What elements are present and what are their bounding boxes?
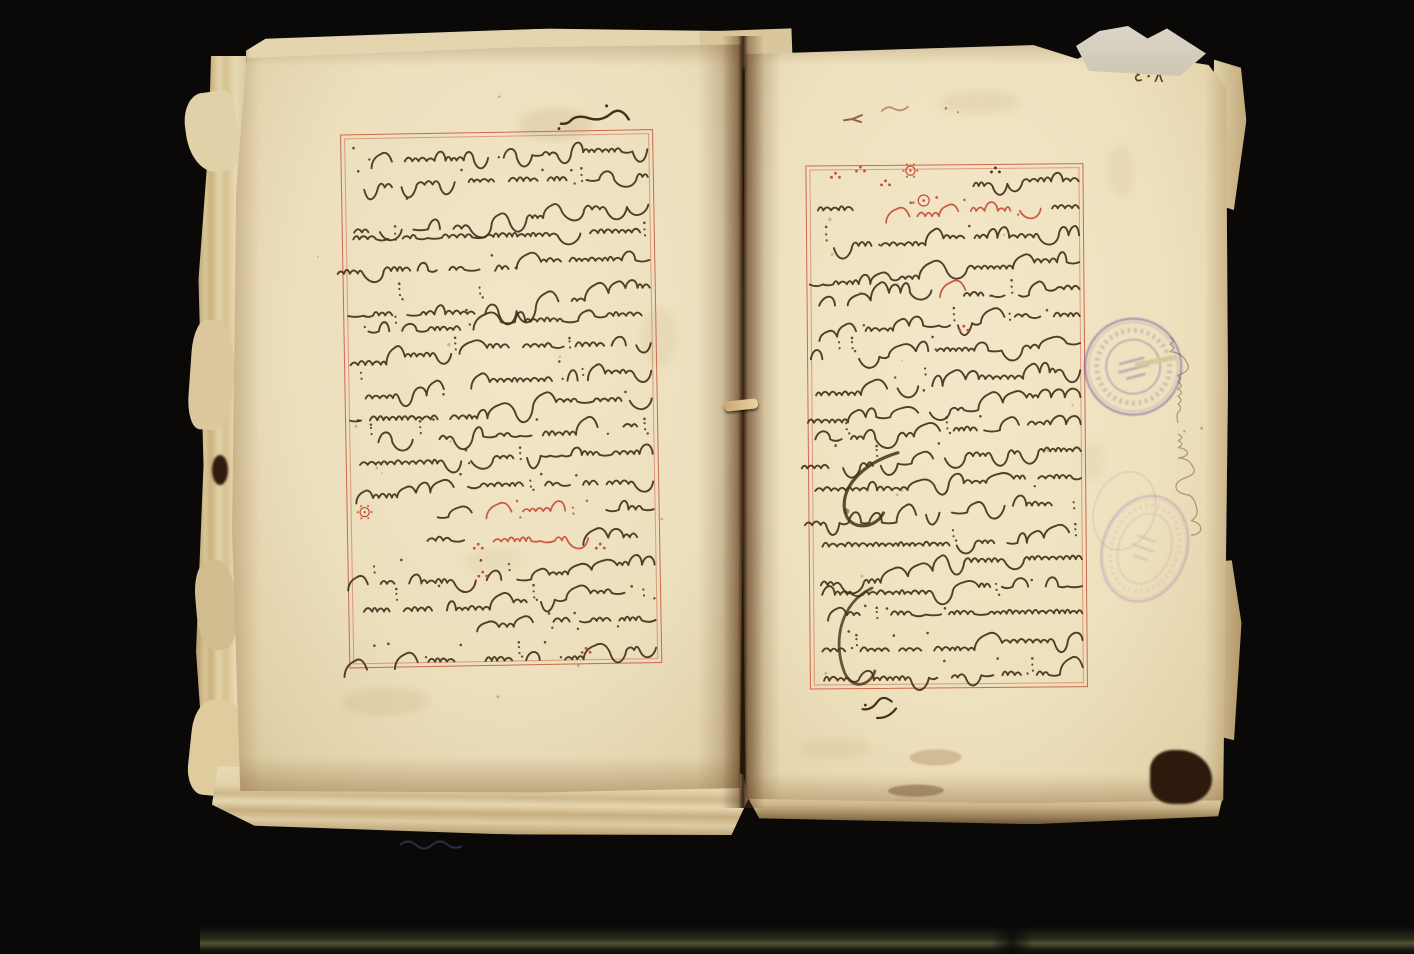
manuscript-photograph: ٤٠٨ <box>0 0 1414 954</box>
dot-cluster-ornament <box>990 166 1001 173</box>
dot-cluster-ornament <box>830 172 841 179</box>
torn-paper-fragment <box>1076 26 1206 76</box>
scanner-reflection-band <box>200 926 1414 954</box>
left-page <box>230 40 744 794</box>
reflection-band-gap <box>990 926 1034 954</box>
left-page-content <box>223 36 750 799</box>
oval-library-stamp <box>1087 484 1202 614</box>
red-rosette-ornament <box>356 505 372 520</box>
right-page: ٤٠٨ <box>742 42 1228 808</box>
right-manuscript-text <box>739 40 1232 810</box>
red-circled-mark <box>909 195 938 206</box>
catchword <box>861 695 897 723</box>
dot-cluster-ornament <box>473 543 484 550</box>
right-page-content: ٤٠٨ <box>739 40 1232 810</box>
dot-cluster-ornament <box>595 543 606 550</box>
dot-cluster-ornament <box>880 179 891 186</box>
dot-cluster-ornament <box>958 325 969 332</box>
faint-blue-scribble <box>398 836 468 852</box>
torn-page-tab <box>181 89 244 175</box>
red-rosette-ornament <box>902 163 918 178</box>
edge-dark-notch <box>212 455 228 485</box>
faint-numeral-mark <box>844 106 959 122</box>
dot-cluster-ornament <box>855 166 866 173</box>
round-library-stamp <box>1075 308 1192 425</box>
left-manuscript-text <box>223 36 750 799</box>
